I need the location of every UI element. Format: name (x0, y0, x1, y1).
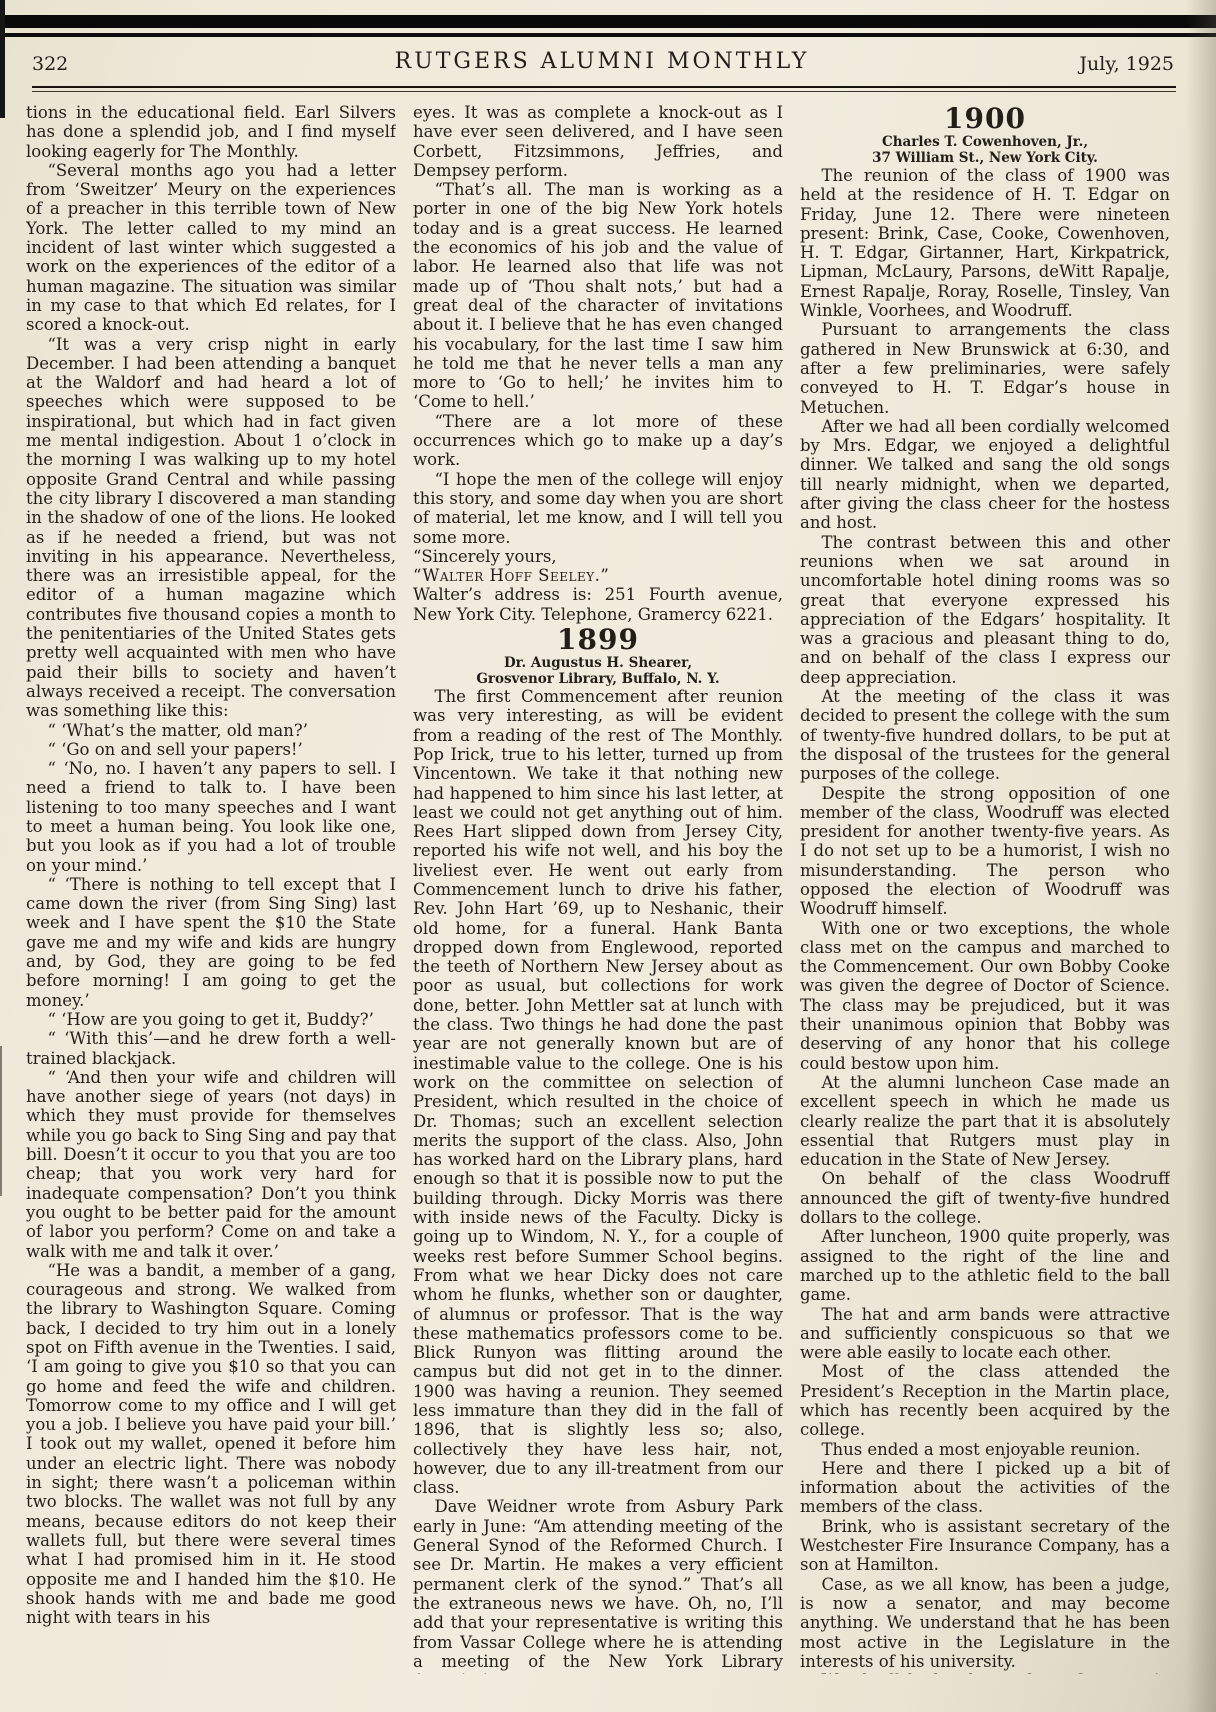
paragraph: On behalf of the class Woodruff announce… (800, 1169, 1170, 1227)
paragraph: After luncheon, 1900 quite properly, was… (800, 1227, 1170, 1304)
paragraph-continuation: tions in the educational field. Earl Sil… (26, 103, 396, 161)
paragraph: At the meeting of the class it was decid… (800, 687, 1170, 783)
magazine-title: RUTGERS ALUMNI MONTHLY (30, 49, 1174, 74)
paragraph: With one or two exceptions, the whole cl… (800, 919, 1170, 1073)
class-secretary-byline: Grosvenor Library, Buffalo, N. Y. (413, 672, 783, 688)
paragraph: Despite the strong opposition of one mem… (800, 784, 1170, 919)
paragraph: “ ‘How are you going to get it, Buddy?’ (26, 1010, 396, 1029)
paragraph: Brink, who is assistant secretary of the… (800, 1517, 1170, 1575)
paragraph-continuation: Walter’s address is: 251 Fourth avenue, … (413, 585, 783, 624)
paragraph: The reunion of the class of 1900 was hel… (800, 166, 1170, 320)
scan-edge-mark (0, 0, 5, 118)
paragraph: “ ‘No, no. I haven’t any papers to sell.… (26, 759, 396, 875)
paragraph: The contrast between this and other reun… (800, 533, 1170, 687)
paragraph: “He was a bandit, a member of a gang, co… (26, 1261, 396, 1628)
paragraph: Most of the class attended the President… (800, 1362, 1170, 1439)
paragraph: “ ‘What’s the matter, old man?’ (26, 721, 396, 740)
paragraph: “There are a lot more of these occurrenc… (413, 412, 783, 470)
class-year-heading: 1899 (413, 624, 783, 656)
signature-name: “Walter Hoff Seeley.” (413, 566, 783, 585)
text-columns: tions in the educational field. Earl Sil… (26, 103, 1170, 1674)
text-column-3: 1900Charles T. Cowenhoven, Jr.,37 Willia… (800, 103, 1170, 1674)
paragraph: After we had all been cordially welcomed… (800, 417, 1170, 533)
scan-right-shading (1186, 0, 1216, 1712)
class-secretary-byline: 37 William St., New York City. (800, 151, 1170, 167)
paragraph: “I hope the men of the college will enjo… (413, 470, 783, 547)
paragraph: Thus ended a most enjoyable reunion. (800, 1440, 1170, 1459)
text-column-1: tions in the educational field. Earl Sil… (26, 103, 396, 1674)
paragraph: Case, as we all know, has been a judge, … (800, 1575, 1170, 1671)
class-secretary-byline: Dr. Augustus H. Shearer, (413, 656, 783, 672)
paragraph: “ ‘Go on and sell your papers!’ (26, 740, 396, 759)
magazine-page: { "header": { "page_number": "322", "tit… (0, 0, 1216, 1712)
paragraph: Pursuant to arrangements the class gathe… (800, 320, 1170, 416)
class-year-heading: 1900 (800, 103, 1170, 135)
paragraph: “ ‘With this’—and he drew forth a well-t… (26, 1029, 396, 1068)
header-double-rule (32, 86, 1176, 92)
paragraph: Woodruff had a letter from Conover in wh… (800, 1671, 1170, 1674)
paragraph: The first Commencement after reunion was… (413, 687, 783, 1497)
paragraph: At the alumni luncheon Case made an exce… (800, 1073, 1170, 1169)
signature-closing: “Sincerely yours, (413, 547, 783, 566)
paragraph: “ ‘There is nothing to tell except that … (26, 875, 396, 1010)
paragraph: “ ‘And then your wife and children will … (26, 1068, 396, 1261)
top-rule-thin (0, 33, 1216, 37)
running-header: 322 RUTGERS ALUMNI MONTHLY July, 1925 (30, 46, 1174, 80)
paragraph: Here and there I picked up a bit of info… (800, 1459, 1170, 1517)
paragraph: “It was a very crisp night in early Dece… (26, 335, 396, 721)
issue-date: July, 1925 (1079, 53, 1174, 75)
paragraph-continuation: eyes. It was as complete a knock-out as … (413, 103, 783, 180)
text-column-2: eyes. It was as complete a knock-out as … (413, 103, 783, 1674)
paragraph: “That’s all. The man is working as a por… (413, 180, 783, 412)
paragraph: The hat and arm bands were attractive an… (800, 1305, 1170, 1363)
class-secretary-byline: Charles T. Cowenhoven, Jr., (800, 135, 1170, 151)
top-rule-thick (0, 15, 1216, 28)
scan-edge-mark-lower (0, 1046, 2, 1196)
paragraph: “Several months ago you had a letter fro… (26, 161, 396, 335)
paragraph: Dave Weidner wrote from Asbury Park earl… (413, 1497, 783, 1674)
